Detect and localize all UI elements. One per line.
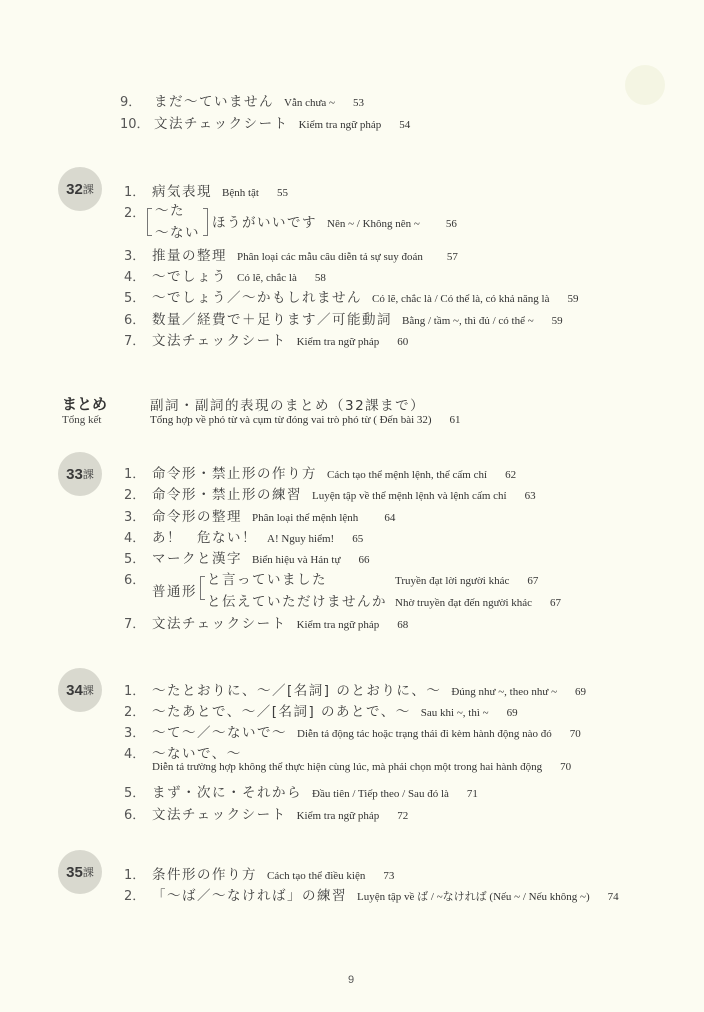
item-number: 2．	[124, 885, 152, 904]
toc-item[interactable]: 7． 文法チェックシート Kiểm tra ngữ pháp 68	[124, 612, 408, 632]
item-number: 1．	[124, 463, 152, 482]
item-number: 6．	[124, 309, 152, 328]
item-title-vi: Phân loại thể mệnh lệnh	[252, 512, 358, 524]
item-page: 55	[277, 187, 288, 199]
item-page: 73	[383, 870, 394, 882]
item-page: 63	[525, 490, 536, 502]
toc-item[interactable]: 9． まだ〜ていません Vẫn chưa ~ 53	[120, 90, 364, 110]
item-title-vi: Kiểm tra ngữ pháp	[297, 810, 380, 822]
toc-page: 9． まだ〜ていません Vẫn chưa ~ 53 10． 文法チェックシート …	[0, 0, 704, 1012]
item-page: 59	[567, 293, 578, 305]
lesson-badge-32: 32課	[58, 167, 102, 211]
item-number: 3．	[124, 506, 152, 525]
item-title-jp: 病気表現	[152, 180, 212, 200]
item-title-jp: 〜でしょう	[152, 265, 227, 285]
item-title-vi: Nên ~ / Không nên ~	[327, 218, 420, 230]
item-title-vi: Nhờ truyền đạt đến người khác	[395, 597, 532, 609]
lesson-suffix: 課	[83, 181, 94, 197]
summary-label-jp: まとめ	[62, 393, 107, 414]
item-title-jp: 推量の整理	[152, 244, 227, 264]
item-page: 74	[608, 891, 619, 903]
item-page: 54	[399, 119, 410, 131]
item-page: 69	[507, 707, 518, 719]
toc-item[interactable]: 3． 〜て〜／〜ないで〜 Diễn tả động tác hoặc trạng…	[124, 721, 581, 741]
toc-item[interactable]: 4． 〜でしょう Có lẽ, chắc là 58	[124, 265, 326, 285]
item-title-jp: と伝えていただけませんか	[207, 590, 385, 610]
item-page: 64	[384, 512, 395, 524]
toc-item[interactable]: 10． 文法チェックシート Kiểm tra ngữ pháp 54	[120, 112, 410, 132]
toc-item[interactable]: 7． 文法チェックシート Kiểm tra ngữ pháp 60	[124, 329, 408, 349]
item-number: 2．	[124, 484, 152, 503]
item-page: 67	[550, 597, 561, 609]
toc-item[interactable]: 1． 命令形・禁止形の作り方 Cách tạo thể mệnh lệnh, t…	[124, 462, 516, 482]
toc-item[interactable]: 4． あ！ 危ない！ A! Nguy hiểm! 65	[124, 526, 363, 546]
item-number: 6．	[124, 804, 152, 823]
item-number: 7．	[124, 330, 152, 349]
item-title-vi: Bằng / tầm ~, thì đủ / có thể ~	[402, 315, 534, 327]
toc-item[interactable]: 2． 命令形・禁止形の練習 Luyện tập về thể mệnh lệnh…	[124, 483, 536, 503]
lesson-number: 35	[66, 864, 83, 881]
item-number: 2．	[124, 701, 152, 720]
item-number: 3．	[124, 722, 152, 741]
item-number: 9．	[120, 91, 154, 110]
toc-item[interactable]: 2． 〜たあとで、〜／[名詞] のあとで、〜 Sau khi ~, thì ~ …	[124, 700, 518, 720]
item-title-jp: 文法チェックシート	[152, 612, 287, 632]
item-number: 5．	[124, 548, 152, 567]
item-title-jp: 命令形の整理	[152, 505, 242, 525]
item-title-jp: 「〜ば／〜なければ」の練習	[152, 884, 347, 904]
item-page: 57	[447, 251, 458, 263]
item-title-jp: 〜て〜／〜ないで〜	[152, 721, 287, 741]
lesson-number: 34	[66, 682, 83, 699]
item-title-vi: Diễn tả động tác hoặc trạng thái đi kèm …	[297, 728, 552, 740]
item-page: 66	[358, 554, 369, 566]
item-title-vi: Sau khi ~, thì ~	[421, 707, 489, 719]
toc-item[interactable]: 6． 数量／経費で＋足ります／可能動詞 Bằng / tầm ~, thì đủ…	[124, 308, 563, 328]
toc-item[interactable]: 5． まず・次に・それから Đầu tiên / Tiếp theo / Sau…	[124, 781, 478, 801]
item-title-vi: Kiểm tra ngữ pháp	[297, 336, 380, 348]
item-title-jp: 〜でしょう／〜かもしれません	[152, 286, 362, 306]
toc-item[interactable]: 6． 文法チェックシート Kiểm tra ngữ pháp 72	[124, 803, 408, 823]
item-title-jp-bottom: 〜ない	[155, 221, 200, 241]
bracket-left	[147, 208, 152, 236]
item-title-vi: Diễn tả trường hợp không thể thực hiện c…	[152, 761, 542, 773]
item-page: 58	[315, 272, 326, 284]
item-number: 2．	[124, 202, 145, 221]
lesson-suffix: 課	[83, 466, 94, 482]
bleed-through-mark	[625, 65, 665, 105]
item-title-vi: Cách tạo thể điều kiện	[267, 870, 365, 882]
item-title-jp: マークと漢字	[152, 547, 242, 567]
item-title-vi: Phân loại các mẫu câu diễn tả sự suy đoá…	[237, 251, 423, 263]
item-title-vi: A! Nguy hiểm!	[267, 533, 334, 545]
toc-subitem[interactable]: と伝えていただけませんか Nhờ truyền đạt đến người kh…	[207, 590, 561, 610]
item-title-jp: 命令形・禁止形の練習	[152, 483, 302, 503]
item-page: 62	[505, 469, 516, 481]
toc-item[interactable]: 3． 命令形の整理 Phân loại thể mệnh lệnh 64	[124, 505, 395, 525]
lesson-number: 32	[66, 181, 83, 198]
summary-page: 61	[450, 414, 461, 426]
item-title-jp: あ！ 危ない！	[152, 526, 257, 546]
item-title-vi: Vẫn chưa ~	[284, 97, 335, 109]
item-title-jp: まず・次に・それから	[152, 781, 302, 801]
item-number: 5．	[124, 287, 152, 306]
item-title-jp: 〜たあとで、〜／[名詞] のあとで、〜	[152, 700, 411, 720]
toc-item[interactable]: 5． 〜でしょう／〜かもしれません Có lẽ, chắc là / Có th…	[124, 286, 578, 306]
item-title-jp: と言っていました	[207, 568, 385, 588]
item-title-jp-top: 〜た	[155, 199, 185, 219]
item-number: 4．	[124, 743, 152, 762]
item-number: 10．	[120, 113, 154, 132]
item-page: 53	[353, 97, 364, 109]
page-number: 9	[348, 974, 354, 986]
item-number: 1．	[124, 680, 152, 699]
item-number: 1．	[124, 181, 152, 200]
toc-subitem[interactable]: と言っていました Truyền đạt lời người khác 67	[207, 568, 538, 588]
item-title-vi: Luyện tập về thể mệnh lệnh và lệnh cấm c…	[312, 490, 507, 502]
item-title-jp: 文法チェックシート	[154, 112, 289, 132]
bracket-left	[200, 576, 205, 600]
toc-item[interactable]: 1． 条件形の作り方 Cách tạo thể điều kiện 73	[124, 863, 394, 883]
summary-title-vi: Tổng hợp về phó từ và cụm từ đóng vai tr…	[150, 414, 432, 426]
lesson-badge-33: 33課	[58, 452, 102, 496]
item-title-jp: 命令形・禁止形の作り方	[152, 462, 317, 482]
item-page: 72	[397, 810, 408, 822]
lesson-suffix: 課	[83, 682, 94, 698]
item-title-jp: 〜ないで、〜	[152, 742, 242, 762]
item-page: 68	[397, 619, 408, 631]
item-number: 4．	[124, 266, 152, 285]
lesson-number: 33	[66, 466, 83, 483]
item-page: 70	[570, 728, 581, 740]
item-title-vi: Truyền đạt lời người khác	[395, 575, 509, 587]
toc-item[interactable]: 3． 推量の整理 Phân loại các mẫu câu diễn tả s…	[124, 244, 458, 264]
item-page: 60	[397, 336, 408, 348]
item-title-vi: Kiểm tra ngữ pháp	[299, 119, 382, 131]
toc-item[interactable]: 1． 〜たとおりに、〜／[名詞] のとおりに、〜 Đúng như ~, the…	[124, 679, 586, 699]
item-title-vi: Đầu tiên / Tiếp theo / Sau đó là	[312, 788, 449, 800]
toc-item[interactable]: 5． マークと漢字 Biển hiệu và Hán tự 66	[124, 547, 369, 567]
item-title-jp: 文法チェックシート	[152, 803, 287, 823]
item-page: 67	[527, 575, 538, 587]
item-title-jp: 数量／経費で＋足ります／可能動詞	[152, 308, 392, 328]
item-title-jp: 文法チェックシート	[152, 329, 287, 349]
item-title-vi: Kiểm tra ngữ pháp	[297, 619, 380, 631]
item-page: 59	[552, 315, 563, 327]
item-title-vi: Biển hiệu và Hán tự	[252, 554, 340, 566]
item-title-vi: Có lẽ, chắc là	[237, 272, 297, 284]
item-title-vi: Có lẽ, chắc là / Có thể là, có khả năng …	[372, 293, 549, 305]
item-page: 69	[575, 686, 586, 698]
item-title-jp: 〜たとおりに、〜／[名詞] のとおりに、〜	[152, 679, 441, 699]
item-number: 4．	[124, 527, 152, 546]
toc-item[interactable]: 2． 「〜ば／〜なければ」の練習 Luyện tập về ば / ~なければ …	[124, 884, 619, 904]
item-number: 7．	[124, 613, 152, 632]
bracket-right	[203, 208, 208, 236]
item-prefix-jp: 普通形	[152, 580, 197, 600]
item-title-jp: まだ〜ていません	[154, 90, 274, 110]
item-page: 70	[560, 761, 571, 773]
toc-item[interactable]: 1． 病気表現 Bệnh tật 55	[124, 180, 288, 200]
item-page: 65	[352, 533, 363, 545]
summary-label-vi: Tổng kết	[62, 414, 101, 426]
item-title-vi: Đúng như ~, theo như ~	[451, 686, 557, 698]
item-number: 6．	[124, 569, 145, 588]
lesson-badge-34: 34課	[58, 668, 102, 712]
item-page: 71	[467, 788, 478, 800]
item-title-vi: Bệnh tật	[222, 187, 259, 199]
item-title-vi: Luyện tập về ば / ~なければ (Nếu ~ / Nếu khôn…	[357, 888, 590, 904]
item-title-jp: 条件形の作り方	[152, 863, 257, 883]
item-title-jp: ほうがいいです	[212, 211, 317, 231]
item-page: 56	[446, 218, 457, 230]
item-number: 1．	[124, 864, 152, 883]
item-number: 3．	[124, 245, 152, 264]
item-title-vi: Cách tạo thể mệnh lệnh, thể cấm chỉ	[327, 469, 487, 481]
item-number: 5．	[124, 782, 152, 801]
summary-title-jp: 副詞・副詞的表現のまとめ（32課まで）	[150, 394, 425, 414]
lesson-suffix: 課	[83, 864, 94, 880]
lesson-badge-35: 35課	[58, 850, 102, 894]
